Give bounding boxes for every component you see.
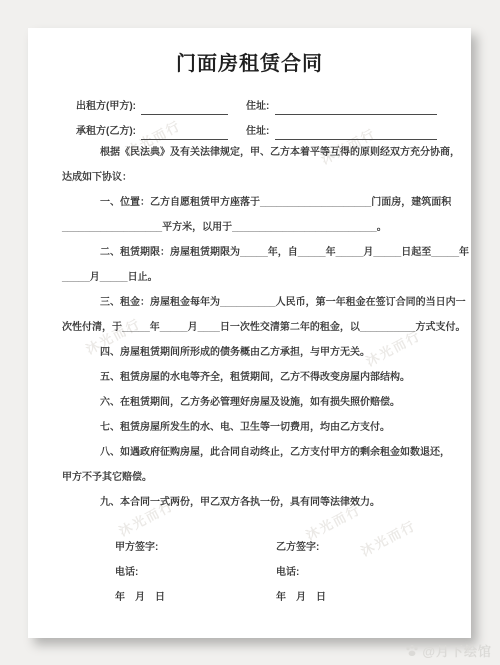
lessee-address-label: 住址: bbox=[246, 124, 269, 140]
lessor-address-label: 住址: bbox=[246, 99, 269, 115]
paw-icon bbox=[405, 644, 419, 657]
lessor-name-blank bbox=[141, 101, 228, 115]
lessor-address-blank bbox=[275, 101, 437, 115]
clause-8-line-2: 甲方不予其它赔偿。 bbox=[62, 465, 437, 490]
party-b-phone-label: 电话: bbox=[276, 560, 437, 585]
intro-line-1: 根据《民法典》及有关法律规定，甲、乙方本着平等互得的原则经双方充分协商， bbox=[62, 140, 437, 165]
clause-1-line-2: __________________平方米，以用于_______________… bbox=[62, 215, 437, 240]
clause-3-line-1: 三、租金：房屋租金每年为__________人民币，第一年租金在签订合同的当日内… bbox=[62, 290, 437, 315]
lessor-label: 出租方(甲方): bbox=[76, 99, 136, 115]
signature-section: 甲方签字: 电话: 年 月 日 乙方签字: 电话: 年 月 日 bbox=[62, 535, 437, 610]
clause-5-line: 五、租赁房屋的水电等齐全，租赁期间，乙方不得改变房屋内部结构。 bbox=[62, 365, 437, 390]
clause-3-line-2: 次性付清，于_____年_____月____日一次性交清第二年的租金，以____… bbox=[62, 315, 437, 340]
credit-handle: @月下绘馆 bbox=[422, 641, 492, 660]
clause-6-line: 六、在租赁期间，乙方务必管理好房屋及设施，如有损失照价赔偿。 bbox=[62, 390, 437, 415]
party-row-lessee: 承租方(乙方): 住址: bbox=[62, 115, 437, 140]
party-b-signature-column: 乙方签字: 电话: 年 月 日 bbox=[276, 535, 437, 610]
party-b-date-label: 年 月 日 bbox=[276, 585, 437, 610]
clause-1-line-1: 一、位置：乙方自愿租赁甲方座落于____________________门面房，… bbox=[62, 190, 437, 215]
credit-watermark: @月下绘馆 bbox=[405, 641, 492, 660]
intro-line-2: 达成如下协议： bbox=[62, 165, 437, 190]
contract-page: 沐光而行 沐光而行 沐光而行 沐光而行 沐光而行 沐光而行 沐光而行 门面房租赁… bbox=[28, 28, 471, 638]
clause-2-line-1: 二、租赁期限：房屋租赁期限为_____年，自_____年_____月_____日… bbox=[62, 240, 437, 265]
clause-9-line: 九、本合同一式两份，甲乙双方各执一份，具有同等法律效力。 bbox=[62, 490, 437, 515]
clause-4-line: 四、房屋租赁期间所形成的债务概由乙方承担，与甲方无关。 bbox=[62, 340, 437, 365]
lessee-address-blank bbox=[275, 126, 437, 140]
party-a-date-label: 年 月 日 bbox=[115, 585, 276, 610]
page-title: 门面房租赁合同 bbox=[62, 52, 437, 77]
party-a-sign-label: 甲方签字: bbox=[115, 535, 276, 560]
clause-2-line-2: _____月_____日止。 bbox=[62, 265, 437, 290]
party-row-lessor: 出租方(甲方): 住址: bbox=[62, 90, 437, 115]
party-a-signature-column: 甲方签字: 电话: 年 月 日 bbox=[115, 535, 276, 610]
lessee-label: 承租方(乙方): bbox=[76, 124, 136, 140]
party-a-phone-label: 电话: bbox=[115, 560, 276, 585]
lessee-name-blank bbox=[141, 126, 228, 140]
clause-8-line-1: 八、如遇政府征购房屋，此合同自动终止，乙方支付甲方的剩余租金如数退还， bbox=[62, 440, 437, 465]
clause-7-line: 七、租赁房屋所发生的水、电、卫生等一切费用，均由乙方支付。 bbox=[62, 415, 437, 440]
party-b-sign-label: 乙方签字: bbox=[276, 535, 437, 560]
